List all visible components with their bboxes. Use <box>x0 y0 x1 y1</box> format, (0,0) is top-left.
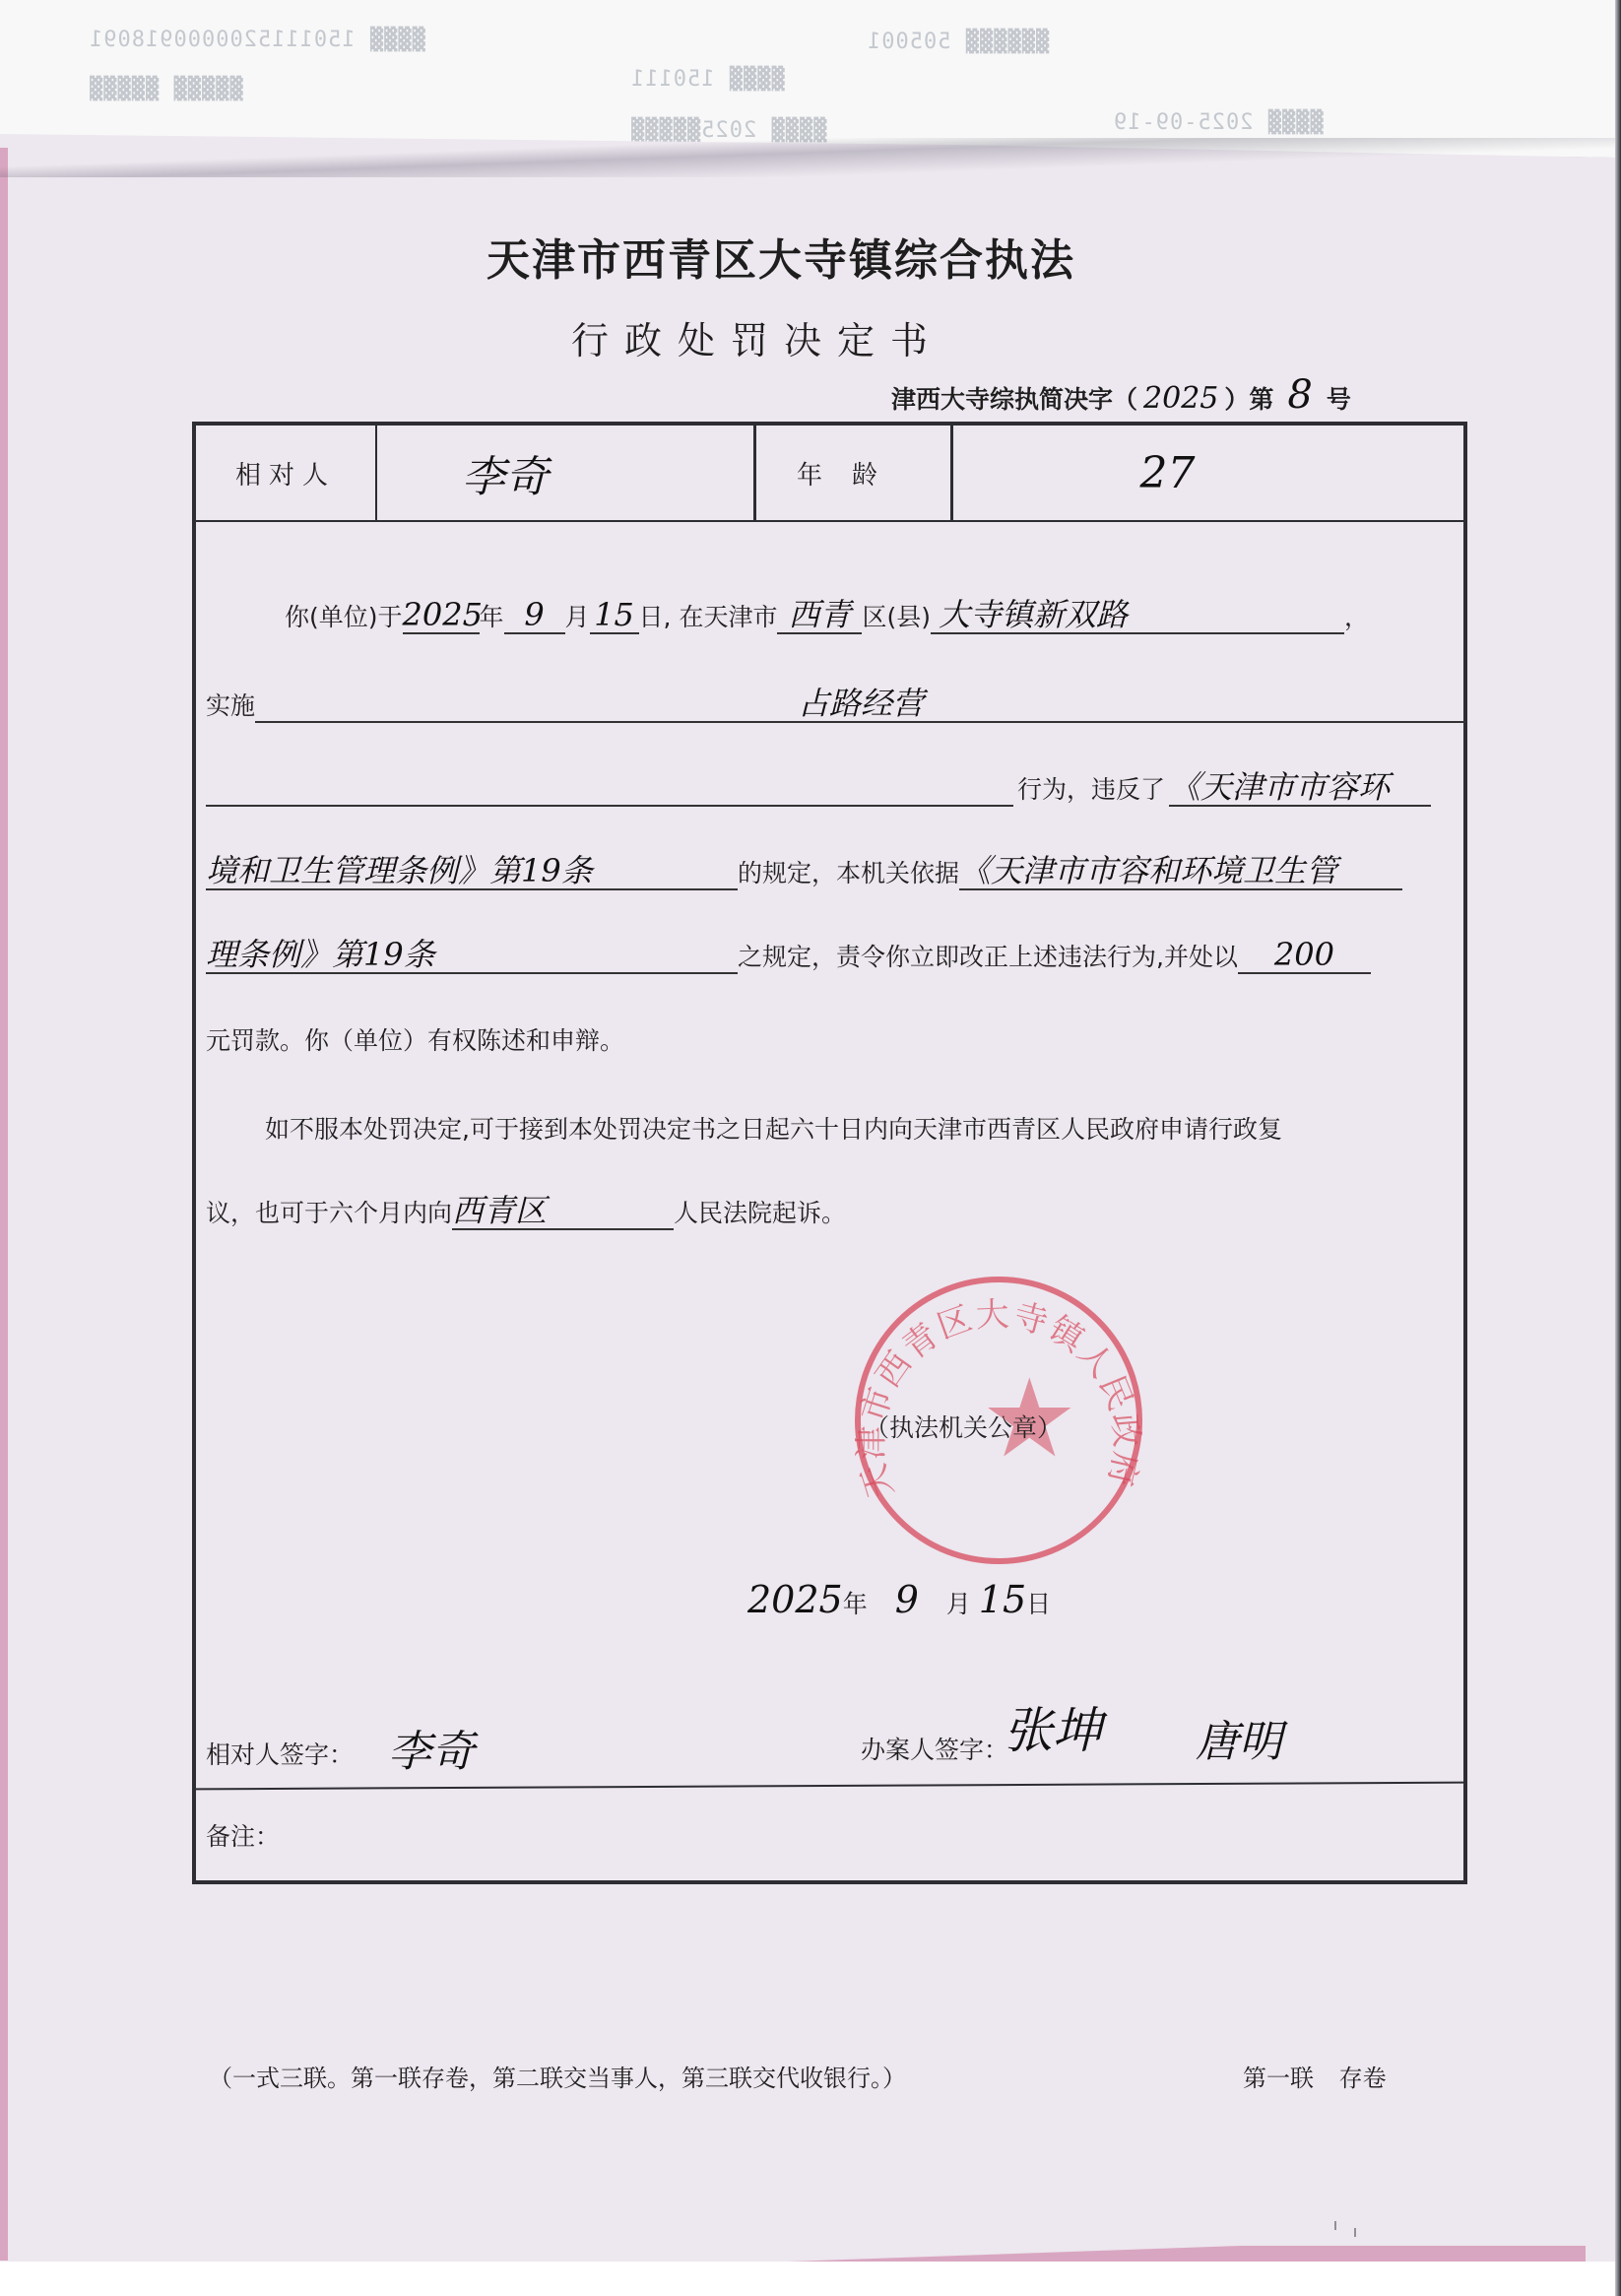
issue-day: 15 <box>979 1578 1026 1621</box>
scan-margin-bottom <box>0 2262 1615 2296</box>
remarks-field[interactable] <box>304 1817 1388 1857</box>
bleed-through-text: ▓▓▓▓ 150111 <box>630 67 785 92</box>
text-year-unit: 年 <box>480 603 504 631</box>
penalty-form-table: 相对人 李奇 年龄 27 你(单位)于2025年9月15日, 在天津市西青区(县… <box>192 422 1467 1884</box>
violation-date-location-line: 你(单位)于2025年9月15日, 在天津市西青区(县)大寺镇新双路， <box>285 598 1369 634</box>
act-label: 实施 <box>206 691 255 720</box>
party-signature[interactable]: 李奇 <box>388 1716 475 1779</box>
copy-label: 第一联 存卷 <box>1243 2059 1387 2093</box>
party-label: 相对人 <box>196 426 377 520</box>
text-month-unit: 月 <box>565 603 590 631</box>
bleed-through-text: ▓▓▓▓ 1501115200000918091 <box>89 28 425 52</box>
issue-month-unit: 月 <box>946 1590 971 1618</box>
bleed-through-text: ▓▓▓▓▓ ▓▓▓▓▓ <box>89 77 243 101</box>
scan-speck <box>1354 2228 1356 2237</box>
act-field[interactable]: 占路经营 <box>255 687 1466 723</box>
doc-number-suffix: 号 <box>1327 385 1351 414</box>
text-comma: ， <box>1344 603 1369 631</box>
document-title: 天津市西青区大寺镇综合执法 <box>0 225 1621 288</box>
age-label: 年龄 <box>753 426 953 520</box>
seal-caption: （执法机关公章） <box>865 1409 1062 1444</box>
fine-line: 理条例》第19条之规定，责令你立即改正上述违法行为,并处以200 <box>206 938 1371 974</box>
violation-act-line: 实施占路经营 <box>206 687 1466 723</box>
court-field[interactable]: 西青区 <box>452 1194 674 1230</box>
officer-signature-2[interactable]: 唐明 <box>1196 1706 1282 1769</box>
violated-law-line: 行为，违反了《天津市市容环 <box>206 770 1431 807</box>
rights-line: 元罚款。你（单位）有权陈述和申辩。 <box>206 1021 624 1057</box>
legal-basis-field[interactable]: 《天津市市容和环境卫生管 <box>959 854 1402 890</box>
document-subtitle: 行政处罚决定书 <box>571 310 943 364</box>
party-signature-label: 相对人签字： <box>206 1736 354 1771</box>
party-name-value: 李奇 <box>462 441 549 504</box>
paper-edge-left <box>0 148 8 2261</box>
issue-date: 2025年 9 月 15日 <box>747 1578 1051 1621</box>
district-field[interactable]: 西青 <box>777 598 862 634</box>
officer-signature-label: 办案人签字： <box>861 1731 1008 1766</box>
violation-month-field[interactable]: 9 <box>504 598 565 634</box>
text-order: 之规定，责令你立即改正上述违法行为,并处以 <box>738 943 1238 971</box>
issue-day-unit: 日 <box>1026 1590 1051 1618</box>
signature-divider <box>196 1782 1463 1791</box>
bleed-through-text: ▓▓▓▓▓▓ 505001 <box>867 30 1049 54</box>
text-court-prefix: 议，也可于六个月内向 <box>206 1199 452 1227</box>
overlapping-sheet: ▓▓▓▓ 1501115200000918091 ▓▓▓▓▓ ▓▓▓▓▓ ▓▓▓… <box>0 0 1615 158</box>
fine-amount-field[interactable]: 200 <box>1238 938 1371 974</box>
violated-law-field-continued[interactable]: 境和卫生管理条例》第19条 <box>206 854 738 890</box>
age-value: 27 <box>1140 448 1196 498</box>
sheet-shadow <box>0 138 1615 177</box>
scan-speck <box>1334 2221 1336 2230</box>
bleed-through-text: ▓▓▓▓ 2025-09-19 <box>1113 110 1324 135</box>
party-name-field[interactable]: 李奇 <box>375 426 756 520</box>
violation-day-field[interactable]: 15 <box>590 598 639 634</box>
text-prefix: 你(单位)于 <box>285 603 403 631</box>
doc-number-year: 2025 <box>1143 381 1218 416</box>
copies-note: （一式三联。第一联存卷，第二联交当事人，第三联交代收银行。） <box>209 2059 906 2093</box>
text-day-unit: 日, 在天津市 <box>639 603 778 631</box>
remarks-label: 备注： <box>206 1817 280 1853</box>
doc-number-middle: ）第 <box>1224 385 1273 414</box>
text-basis: 的规定，本机关依据 <box>738 859 959 887</box>
legal-basis-field-continued[interactable]: 理条例》第19条 <box>206 938 738 974</box>
doc-number-value: 8 <box>1287 372 1312 418</box>
scan-edge-right <box>1615 0 1621 2296</box>
document-number: 津西大寺综执简决字（2025）第8号 <box>891 372 1351 418</box>
text-violated: 行为，违反了 <box>1017 775 1165 804</box>
court-line: 议，也可于六个月内向西青区人民法院起诉。 <box>206 1194 846 1230</box>
issue-year-unit: 年 <box>843 1590 868 1618</box>
age-field[interactable]: 27 <box>950 426 1463 520</box>
violation-year-field[interactable]: 2025 <box>403 598 480 634</box>
text-district-unit: 区(县) <box>862 603 931 631</box>
issue-year: 2025 <box>747 1578 843 1621</box>
text-court-suffix: 人民法院起诉。 <box>674 1199 846 1227</box>
doc-number-prefix: 津西大寺综执简决字（ <box>891 385 1137 414</box>
act-field-continued[interactable] <box>206 770 1013 807</box>
location-field[interactable]: 大寺镇新双路 <box>931 598 1344 634</box>
legal-basis-line: 境和卫生管理条例》第19条的规定，本机关依据《天津市市容和环境卫生管 <box>206 854 1402 890</box>
appeal-line: 如不服本处罚决定,可于接到本处罚决定书之日起六十日内向天津市西青区人民政府申请行… <box>265 1110 1282 1146</box>
violated-law-field[interactable]: 《天津市市容环 <box>1169 770 1431 807</box>
issue-month: 9 <box>895 1578 919 1621</box>
officer-signature-1[interactable]: 张坤 <box>1004 1691 1102 1762</box>
party-info-row: 相对人 李奇 年龄 27 <box>196 426 1463 522</box>
